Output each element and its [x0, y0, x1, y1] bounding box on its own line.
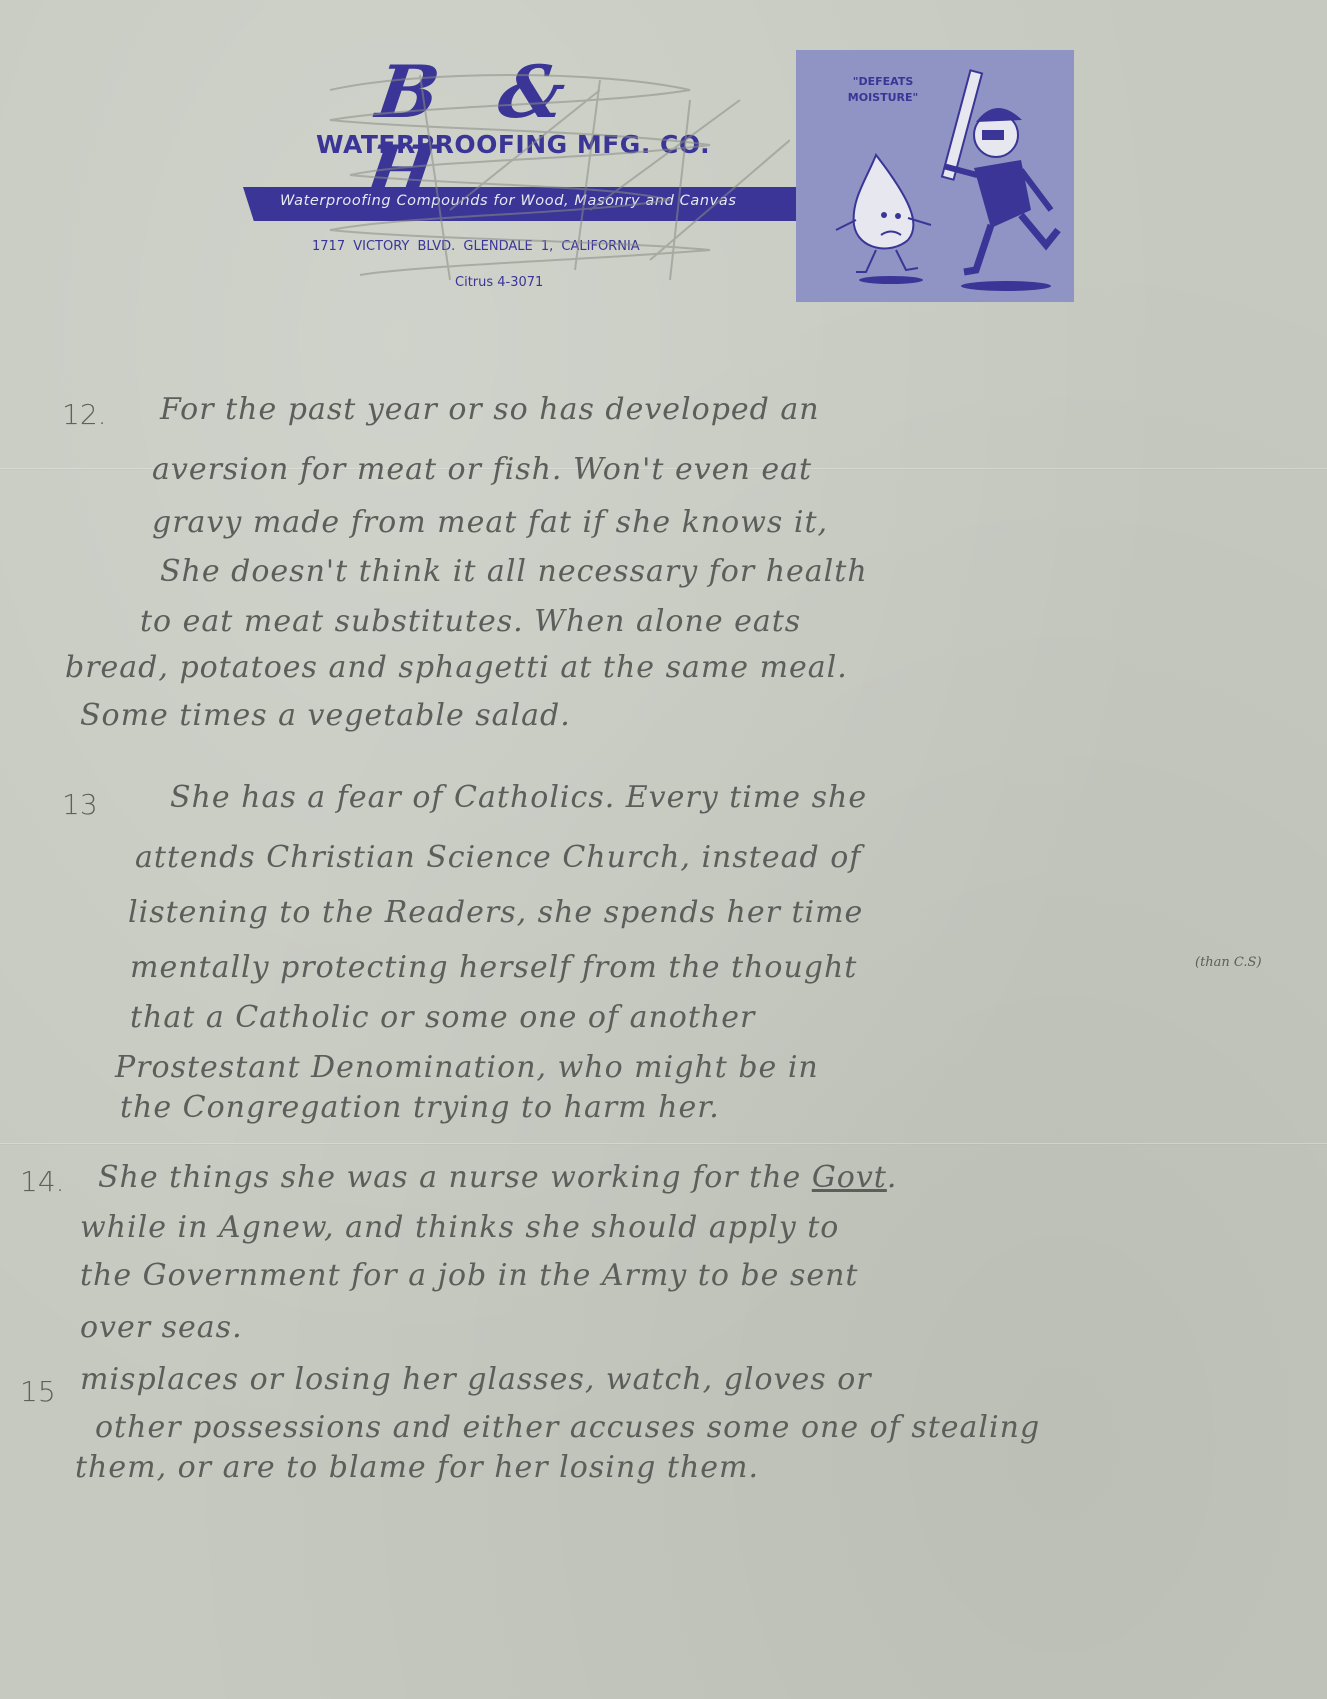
item-14-line: the Government for a job in the Army to …	[80, 1258, 858, 1293]
item-14-line-text: She things she was a nurse working for t…	[98, 1160, 812, 1195]
item-number: 15	[20, 1375, 56, 1408]
item-13-line: listening to the Readers, she spends her…	[128, 895, 863, 930]
item-12-line: gravy made from meat fat if she knows it…	[152, 505, 828, 540]
item-number: 14.	[20, 1165, 65, 1198]
underlined-word: Govt	[812, 1160, 887, 1195]
item-14-line: over seas.	[80, 1310, 243, 1345]
item-15-line: other possessions and either accuses som…	[95, 1410, 1040, 1445]
item-number: 12.	[62, 398, 107, 431]
item-14-line: while in Agnew, and thinks she should ap…	[80, 1210, 839, 1245]
item-12-line: Some times a vegetable salad.	[80, 698, 571, 733]
item-12-line: bread, potatoes and sphagetti at the sam…	[65, 650, 848, 685]
item-13-line: mentally protecting herself from the tho…	[130, 950, 857, 985]
item-13-line: the Congregation trying to harm her.	[120, 1090, 720, 1125]
item-14-line: She things she was a nurse working for t…	[98, 1160, 897, 1195]
item-number: 13	[62, 788, 98, 821]
item-12-line: For the past year or so has developed an	[160, 392, 820, 427]
item-13-line: Prostestant Denomination, who might be i…	[115, 1050, 819, 1085]
margin-note: (than C.S)	[1195, 955, 1262, 970]
item-12-line: She doesn't think it all necessary for h…	[160, 554, 868, 589]
item-12-line: aversion for meat or fish. Won't even ea…	[152, 452, 812, 487]
item-15-line: misplaces or losing her glasses, watch, …	[80, 1362, 872, 1397]
item-13-line: She has a fear of Catholics. Every time …	[170, 780, 867, 815]
item-13-line: attends Christian Science Church, instea…	[135, 840, 861, 875]
item-15-line: them, or are to blame for her losing the…	[75, 1450, 759, 1485]
handwritten-notes: 12. For the past year or so has develope…	[0, 0, 1327, 1699]
item-12-line: to eat meat substitutes. When alone eats	[140, 604, 801, 639]
item-13-line: that a Catholic or some one of another	[130, 1000, 755, 1035]
punctuation: .	[887, 1160, 898, 1195]
